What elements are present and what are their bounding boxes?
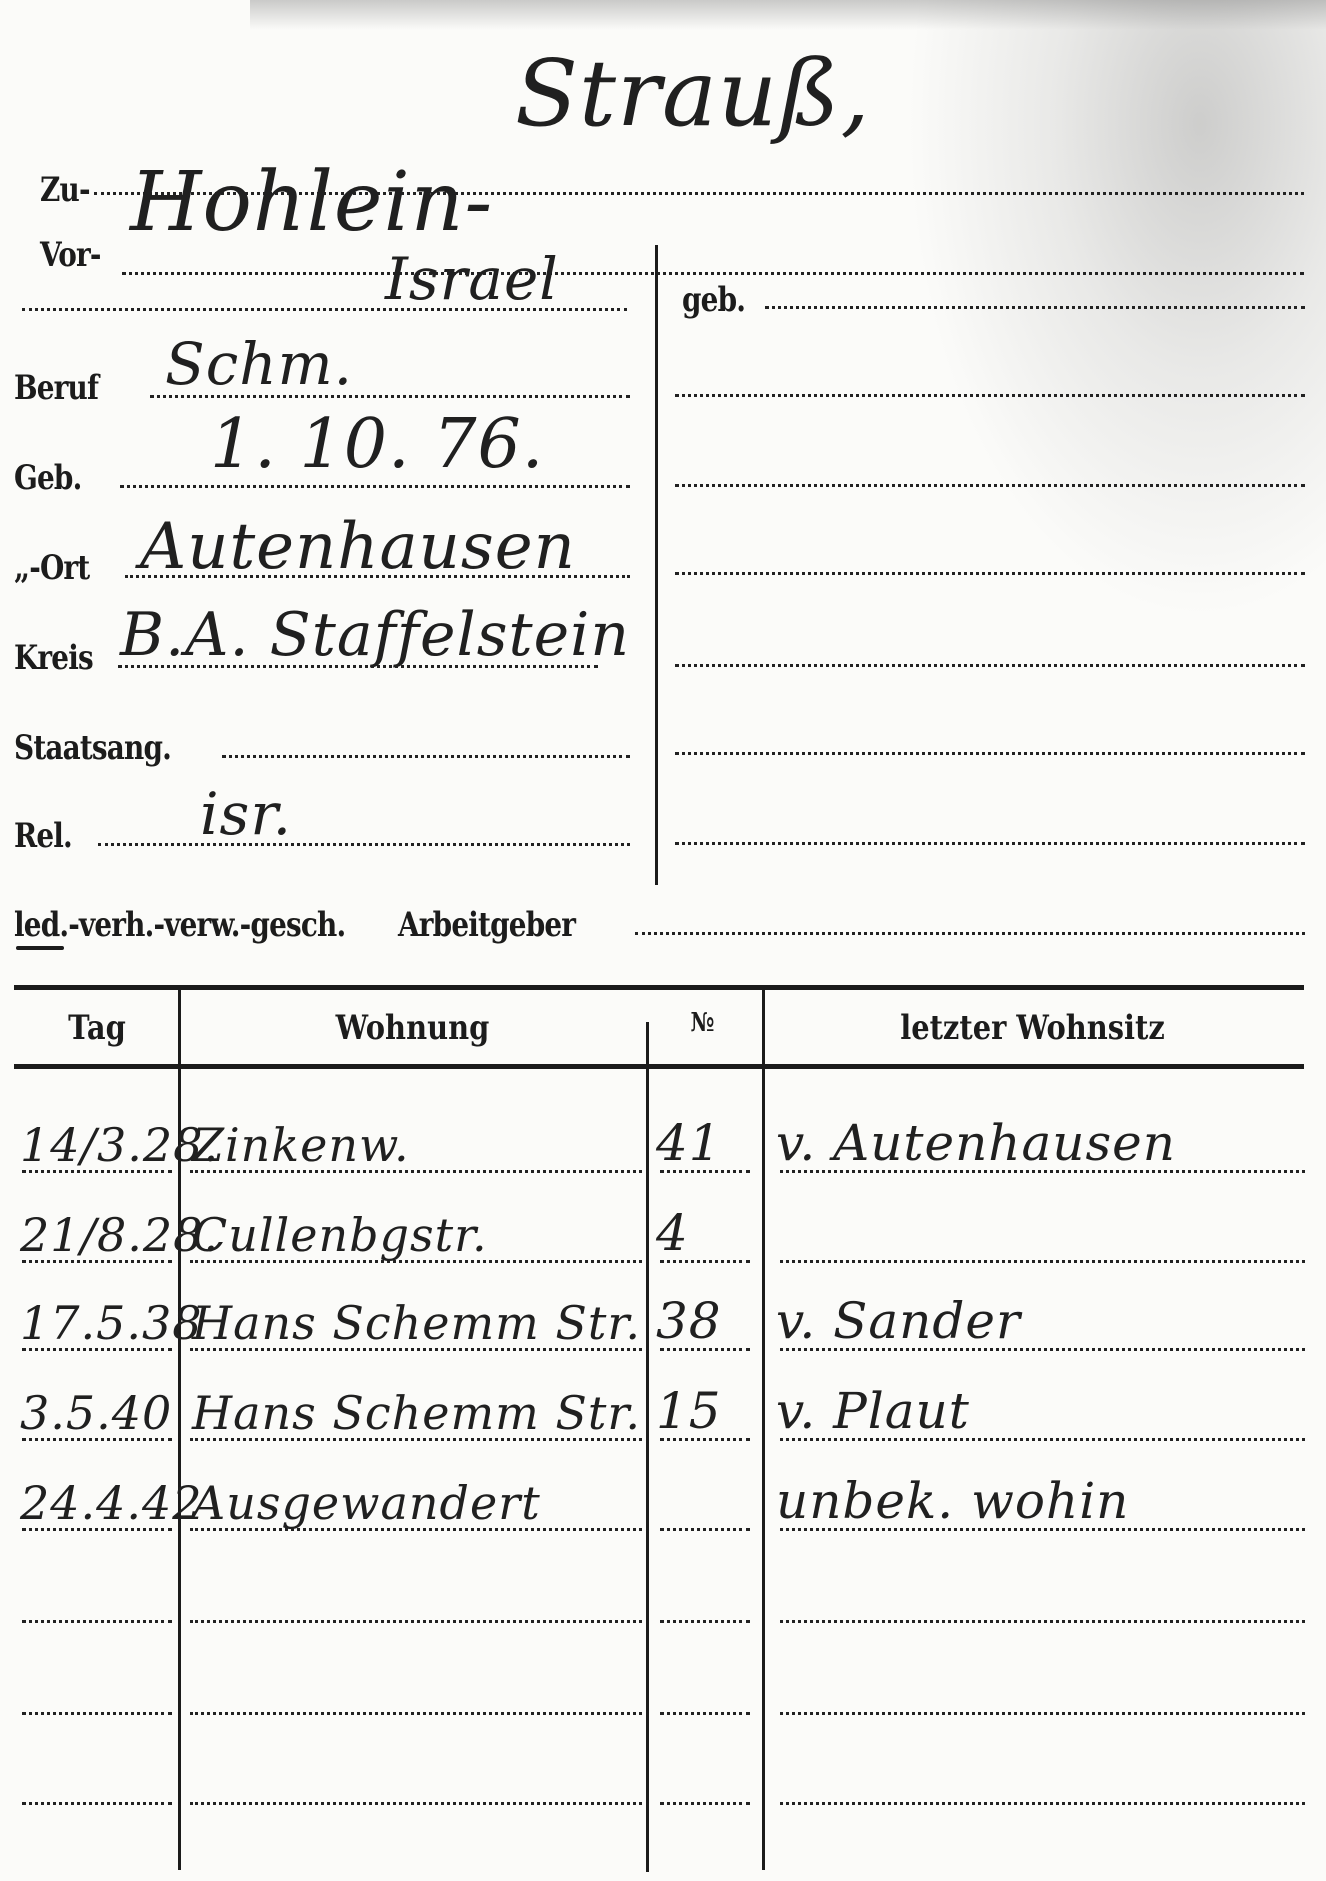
row-date: 21/8.28.: [20, 1208, 186, 1262]
right-blank-line-2: [675, 484, 1305, 487]
table-header-rule: [14, 1064, 1304, 1069]
row-number: 38: [656, 1292, 722, 1350]
table-top-rule: [14, 985, 1304, 990]
header-number: №: [654, 1008, 752, 1038]
birth-place-value: Autenhausen: [140, 510, 576, 584]
religion-label: Rel.: [14, 816, 72, 856]
born-right-line: [765, 306, 1305, 309]
given-name-value-2: Israel: [385, 245, 559, 313]
row-number-line: [660, 1712, 750, 1715]
header-last-residence: letzter Wohnsitz: [801, 1008, 1264, 1048]
row-address-line: [190, 1712, 642, 1715]
birth-date-value: 1. 10. 76.: [210, 405, 544, 484]
employer-line: [635, 932, 1305, 935]
given-name-value-1: Hohlein-: [130, 155, 493, 250]
upper-column-divider: [655, 245, 658, 885]
right-blank-line-3: [675, 572, 1305, 575]
row-last-residence: unbek. wohin: [776, 1472, 1129, 1530]
row-date: 14/3.28.: [20, 1118, 186, 1172]
given-name-line-2: [22, 308, 627, 311]
row-number: 4: [656, 1204, 689, 1262]
row-number-line: [660, 1802, 750, 1805]
occupation-value: Schm.: [165, 330, 353, 398]
row-address-line: [190, 1620, 642, 1623]
row-date: 17.5.38: [20, 1296, 186, 1350]
row-last-residence-line: [780, 1620, 1305, 1623]
surname-value: Strauß,: [515, 40, 871, 147]
row-date-line: [22, 1620, 172, 1623]
paper-smudge: [906, 0, 1326, 620]
row-address: Ausgewandert: [192, 1476, 541, 1530]
column-divider-address: [646, 1022, 649, 1872]
row-date-line: [22, 1712, 172, 1715]
given-name-label: Vor-: [40, 235, 101, 275]
row-last-residence: v. Autenhausen: [776, 1114, 1176, 1172]
surname-label: Zu-: [40, 170, 90, 210]
right-blank-line-4: [675, 664, 1305, 667]
birth-place-label: „-Ort: [14, 548, 89, 588]
citizenship-label: Staatsang.: [14, 728, 171, 768]
birth-date-line: [120, 485, 630, 488]
religion-line: [98, 843, 630, 846]
column-divider-number: [762, 990, 765, 1870]
row-number-line: [660, 1620, 750, 1623]
born-right-label: geb.: [682, 280, 745, 320]
row-last-residence-line: [780, 1260, 1305, 1263]
citizenship-line: [222, 755, 630, 758]
given-name-line: [122, 272, 1304, 275]
row-number: 15: [656, 1382, 722, 1440]
birth-date-label: Geb.: [14, 458, 81, 498]
row-address: Cullenbgstr.: [192, 1208, 488, 1262]
row-last-residence-line: [780, 1712, 1305, 1715]
right-blank-line-5: [675, 752, 1305, 755]
row-last-residence: v. Plaut: [776, 1382, 970, 1440]
marital-status-label: led.-verh.-verw.-gesch.: [14, 905, 345, 945]
paper-top-shadow: [250, 0, 1326, 30]
religion-value: isr.: [200, 780, 292, 848]
right-blank-line-6: [675, 842, 1305, 845]
occupation-label: Beruf: [14, 368, 98, 408]
employer-label: Arbeitgeber: [398, 905, 575, 945]
row-date-line: [22, 1802, 172, 1805]
right-blank-line-1: [675, 394, 1305, 397]
district-label: Kreis: [14, 638, 93, 678]
row-address: Zinkenw.: [192, 1118, 410, 1172]
row-address: Hans Schemm Str.: [192, 1296, 641, 1350]
row-address-line: [190, 1802, 642, 1805]
row-last-residence: v. Sander: [776, 1292, 1021, 1350]
district-value: B.A. Staffelstein: [120, 600, 630, 670]
row-number-line: [660, 1528, 750, 1531]
row-date: 3.5.40: [20, 1386, 172, 1440]
row-last-residence-line: [780, 1802, 1305, 1805]
header-address: Wohnung: [215, 1008, 610, 1048]
header-date: Tag: [26, 1008, 167, 1048]
row-date: 24.4.42: [20, 1476, 186, 1530]
row-number: 41: [656, 1114, 722, 1172]
marital-status-selected-mark: [16, 946, 64, 950]
row-address: Hans Schemm Str.: [192, 1386, 641, 1440]
